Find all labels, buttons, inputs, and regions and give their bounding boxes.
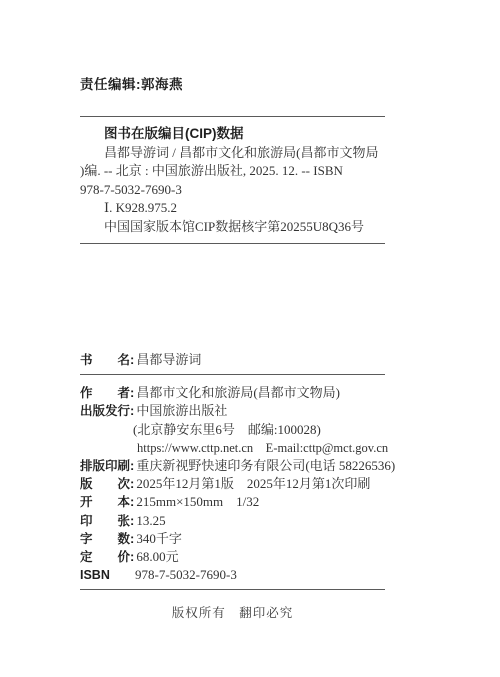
divider-info-bottom — [80, 589, 385, 590]
info-row-colon: : — [130, 403, 134, 418]
info-row-colon: : — [130, 458, 134, 473]
cip-lines: 昌都导游词 / 昌都市文化和旅游局(昌都市文物局)编. -- 北京 : 中国旅游… — [80, 144, 385, 237]
info-row-value: 昌都市文化和旅游局(昌都市文物局) — [136, 385, 340, 400]
isbn-value: 978-7-5032-7690-3 — [135, 567, 237, 582]
info-row-label: 定价 — [80, 548, 130, 566]
book-title-row: 书名:昌都导游词 — [80, 351, 385, 369]
editor-credit: 责任编辑:郭海燕 — [80, 76, 385, 94]
info-row-value: https://www.cttp.net.cn E-mail:cttp@mct.… — [137, 441, 388, 455]
info-row: 出版发行:中国旅游出版社 — [80, 402, 385, 420]
cip-line: Ⅰ. K928.975.2 — [80, 199, 385, 218]
info-row-value: 2025年12月第1版 2025年12月第1次印刷 — [136, 476, 370, 491]
book-title-colon: : — [130, 352, 134, 367]
divider-cip-bottom — [80, 243, 385, 244]
info-row: 开本:215mm×150mm 1/32 — [80, 493, 385, 511]
info-row-colon: : — [130, 531, 134, 546]
info-row: 版次:2025年12月第1版 2025年12月第1次印刷 — [80, 475, 385, 493]
info-row-value: 68.00元 — [136, 549, 178, 564]
info-row-value: 重庆新视野快速印务有限公司(电话 58226536) — [136, 458, 395, 473]
book-title-value: 昌都导游词 — [136, 352, 201, 367]
info-row-value: (北京静安东里6号 邮编:100028) — [133, 422, 321, 437]
cip-line: )编. -- 北京 : 中国旅游出版社, 2025. 12. -- ISBN — [80, 162, 385, 181]
divider-title-bottom — [80, 374, 385, 375]
info-row-colon: : — [130, 494, 134, 509]
copyright-page: 责任编辑:郭海燕 图书在版编目(CIP)数据 昌都导游词 / 昌都市文化和旅游局… — [0, 0, 500, 677]
info-row: 印张:13.25 — [80, 512, 385, 530]
info-row-label: 开本 — [80, 493, 130, 511]
isbn-label: ISBN — [80, 566, 124, 584]
publication-info: 作者:昌都市文化和旅游局(昌都市文物局)出版发行:中国旅游出版社(北京静安东里6… — [80, 384, 385, 584]
info-row: https://www.cttp.net.cn E-mail:cttp@mct.… — [80, 439, 385, 457]
info-row: (北京静安东里6号 邮编:100028) — [80, 421, 385, 439]
info-row-value: 215mm×150mm 1/32 — [136, 494, 259, 509]
info-row-label: 版次 — [80, 475, 130, 493]
copyright-notice: 版权所有 翻印必究 — [80, 603, 385, 621]
info-row-label: 作者 — [80, 384, 130, 402]
info-row: 排版印刷:重庆新视野快速印务有限公司(电话 58226536) — [80, 457, 385, 475]
book-title-label: 书名 — [80, 351, 130, 369]
info-row: ISBN978-7-5032-7690-3 — [80, 566, 385, 584]
cip-block: 图书在版编目(CIP)数据 昌都导游词 / 昌都市文化和旅游局(昌都市文物局)编… — [80, 125, 385, 236]
info-row-label: 字数 — [80, 530, 130, 548]
info-row: 字数:340千字 — [80, 530, 385, 548]
info-row-colon: : — [130, 549, 134, 564]
info-row-label: 排版印刷 — [80, 457, 130, 475]
cip-title: 图书在版编目(CIP)数据 — [80, 125, 385, 144]
divider-top — [80, 116, 385, 117]
info-row-value: 中国旅游出版社 — [136, 403, 227, 418]
info-row-value: 13.25 — [136, 513, 165, 528]
info-row-colon: : — [130, 385, 134, 400]
info-row-colon: : — [130, 476, 134, 491]
info-row-colon: : — [130, 513, 134, 528]
info-row-label: 出版发行 — [80, 402, 130, 420]
info-row-label: 印张 — [80, 512, 130, 530]
cip-line: 中国国家版本馆CIP数据核字第20255U8Q36号 — [80, 218, 385, 237]
cip-line: 昌都导游词 / 昌都市文化和旅游局(昌都市文物局 — [80, 144, 385, 163]
info-row-value: 340千字 — [136, 531, 182, 546]
info-row: 定价:68.00元 — [80, 548, 385, 566]
info-row: 作者:昌都市文化和旅游局(昌都市文物局) — [80, 384, 385, 402]
cip-line: 978-7-5032-7690-3 — [80, 181, 385, 200]
